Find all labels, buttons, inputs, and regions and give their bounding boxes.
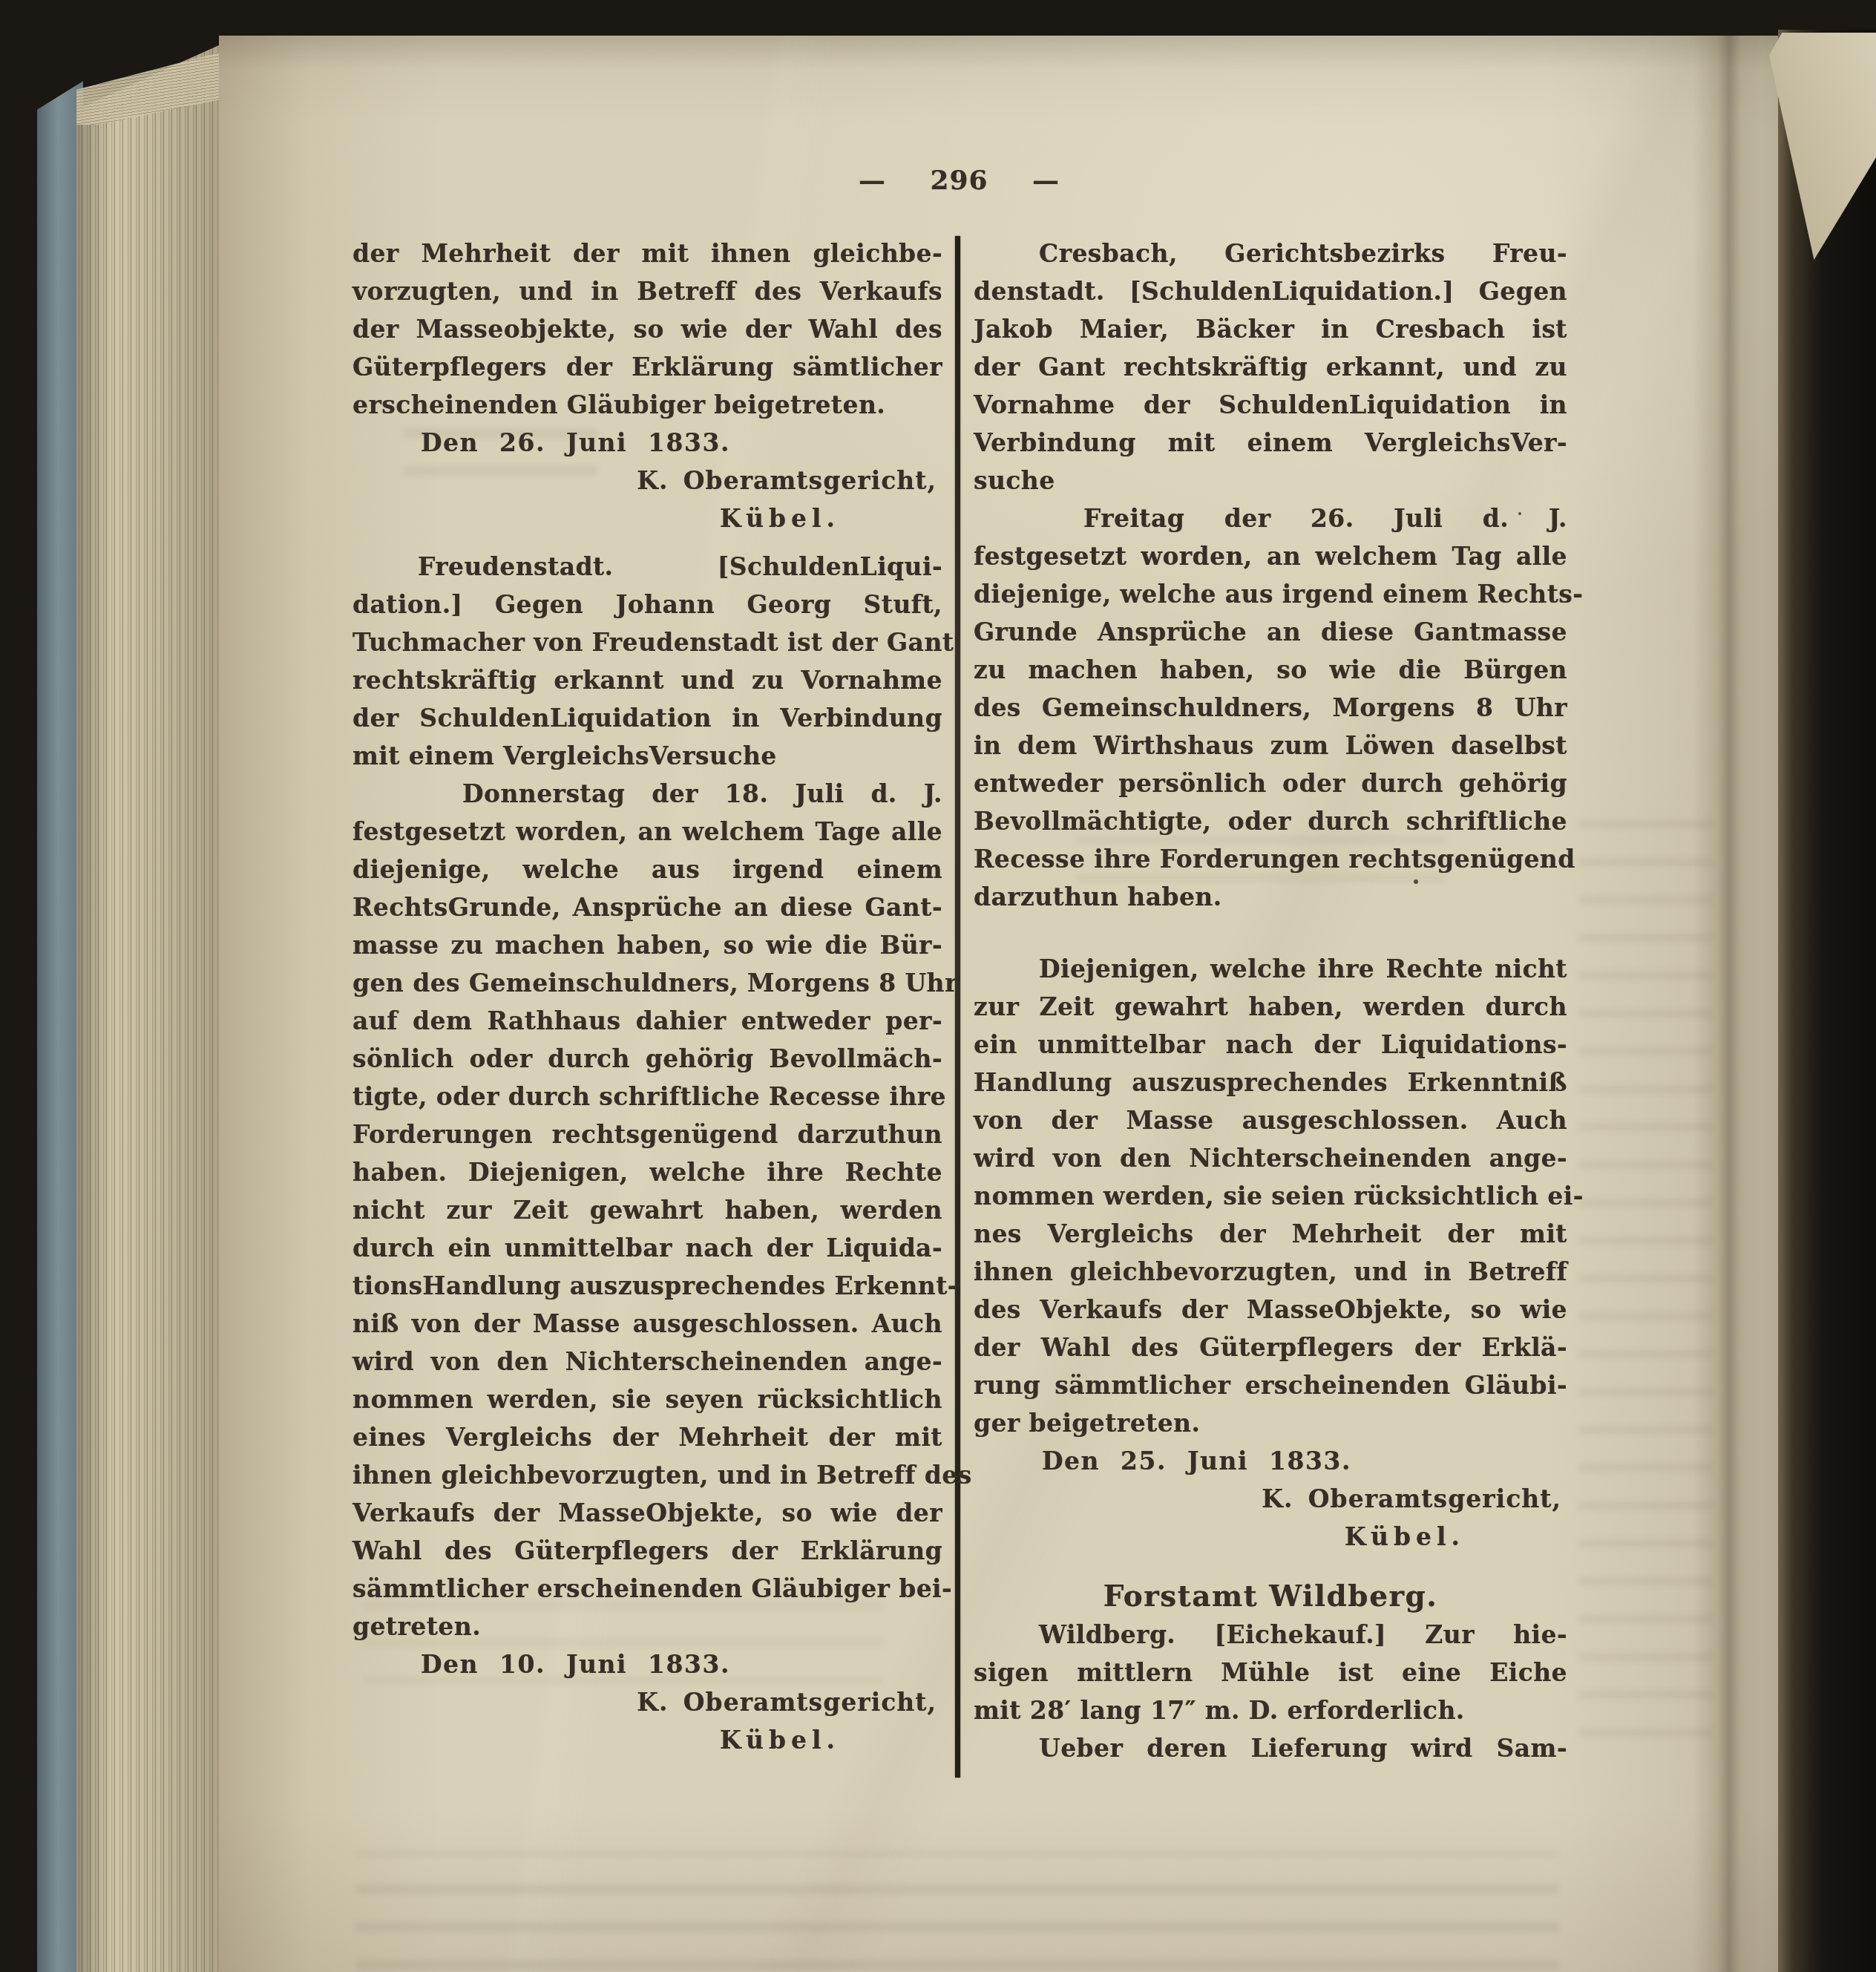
text-line: Tuchmacher von Freudenstadt ist der Gant [352,623,942,661]
text-line: ger beigetreten. [974,1404,1567,1442]
text-line: auf dem Rathhaus dahier entweder per- [352,1002,942,1040]
text-line: getreten. [352,1608,942,1645]
text-line: K. Oberamtsgericht, [974,1480,1567,1518]
text-line: tigte, oder durch schriftliche Recesse i… [352,1078,942,1116]
text-line: Bevollmächtigte, oder durch schriftliche [974,802,1567,840]
text-line: Verbindung mit einem VergleichsVer- [974,424,1567,462]
text-line: Vornahme der SchuldenLiquidation in [974,386,1567,424]
text-line: haben. Diejenigen, welche ihre Rechte [352,1153,942,1191]
text-line: Forstamt Wildberg. [974,1578,1567,1616]
text-line: ihnen gleichbevorzugten, und in Betreff … [352,1456,942,1494]
text-line: Donnerstag der 18. Juli d. J. [352,775,942,813]
text-line: sämmtlicher erscheinenden Gläubiger bei- [352,1570,942,1608]
text-line: Kübel. [974,1518,1567,1556]
text-line: Wildberg. [Eichekauf.] Zur hie- [974,1616,1567,1654]
text-line: Wahl des Güterpflegers der Erklärung [352,1532,942,1570]
text-line: der Masseobjekte, so wie der Wahl des [352,310,942,348]
text-line: sigen mittlern Mühle ist eine Eiche [974,1654,1567,1691]
text-line: zur Zeit gewahrt haben, werden durch [974,988,1567,1026]
text-line: diejenige, welche aus irgend einem Recht… [974,575,1567,613]
text-line: Ueber deren Lieferung wird Sam- [974,1729,1567,1767]
text-line: von der Masse ausgeschlossen. Auch [974,1101,1567,1139]
text-line: Handlung auszusprechendes Erkenntniß [974,1064,1567,1101]
text-line: Freitag der 26. Juli d. J. [974,499,1567,537]
text-line: festgesetzt worden, an welchem Tag alle [974,537,1567,575]
text-line: ihnen gleichbevorzugten, und in Betreff [974,1253,1567,1291]
page-stack-edge [76,40,222,1972]
text-line: der SchuldenLiquidation in Verbindung [352,699,942,737]
text-line: der Mehrheit der mit ihnen gleichbe- [352,235,942,272]
book-cover-edge [37,64,83,1972]
text-line: masse zu machen haben, so wie die Bür- [352,926,942,964]
text-line: festgesetzt worden, an welchem Tage alle [352,813,942,851]
text-line: entweder persönlich oder durch gehörig [974,764,1567,802]
text-line: Den 26. Juni 1833. [352,424,942,462]
column-divider-rule [955,236,960,1778]
text-line: eines Vergleichs der Mehrheit der mit [352,1418,942,1456]
text-line: Kübel. [352,1721,942,1759]
right-column: Cresbach, Gerichtsbezirks Freu-denstadt.… [974,235,1567,1767]
text-line: durch ein unmittelbar nach der Liquida- [352,1229,942,1267]
text-line: in dem Wirthshaus zum Löwen daselbst [974,727,1567,764]
text-line: Kübel. [352,499,942,537]
text-line: nommen werden, sie seyen rücksichtlich [352,1380,942,1418]
text-line: Verkaufs der MasseObjekte, so wie der [352,1494,942,1532]
text-line: diejenige, welche aus irgend einem [352,851,942,888]
text-line: denstadt. [SchuldenLiquidation.] Gegen [974,272,1567,310]
text-line: der Gant rechtskräftig erkannt, und zu [974,348,1567,386]
text-line: Freudenstadt. [SchuldenLiqui- [352,548,942,586]
text-line: Güterpflegers der Erklärung sämtlicher [352,348,942,386]
text-line: darzuthun haben. [974,878,1567,916]
text-line: RechtsGrunde, Ansprüche an diese Gant- [352,888,942,926]
text-line: zu machen haben, so wie die Bürgen [974,651,1567,689]
text-line: gen des Gemeinschuldners, Morgens 8 Uhr [352,964,942,1002]
text-line: ein unmittelbar nach der Liquidations- [974,1026,1567,1064]
text-line: rung sämmtlicher erscheinenden Gläubi- [974,1366,1567,1404]
text-line: Den 10. Juni 1833. [352,1645,942,1683]
page-number: — 296 — [349,165,1570,203]
page-fold-crease [1693,36,1762,1972]
text-line: nes Vergleichs der Mehrheit der mit [974,1215,1567,1253]
text-line: erscheinenden Gläubiger beigetreten. [352,386,942,424]
text-line: Cresbach, Gerichtsbezirks Freu- [974,235,1567,272]
text-line: dation.] Gegen Johann Georg Stuft, [352,586,942,623]
text-line: K. Oberamtsgericht, [352,1683,942,1721]
text-line: nicht zur Zeit gewahrt haben, werden [352,1191,942,1229]
text-line: wird von den Nichterscheinenden ange- [974,1139,1567,1177]
book-edge-shadow [1778,30,1876,1972]
text-line: nommen werden, sie seien rücksichtlich e… [974,1177,1567,1215]
text-line: tionsHandlung auszusprechendes Erkennt- [352,1267,942,1305]
text-line: Diejenigen, welche ihre Rechte nicht [974,950,1567,988]
text-line: mit einem VergleichsVersuche [352,737,942,775]
text-line: Den 25. Juni 1833. [974,1442,1567,1480]
text-line: der Wahl des Güterpflegers der Erklä- [974,1329,1567,1366]
text-line: vorzugten, und in Betreff des Verkaufs [352,272,942,310]
text-line: K. Oberamtsgericht, [352,462,942,499]
text-line: Grunde Ansprüche an diese Gantmasse [974,613,1567,651]
text-line: niß von der Masse ausgeschlossen. Auch [352,1305,942,1343]
text-line: des Gemeinschuldners, Morgens 8 Uhr [974,689,1567,727]
text-line: sönlich oder durch gehörig Bevollmäch- [352,1040,942,1078]
left-column: der Mehrheit der mit ihnen gleichbe-vorz… [352,235,942,1759]
text-line: rechtskräftig erkannt und zu Vornahme [352,661,942,699]
book-photo: — 296 — der Mehrheit der mit ihnen gleic… [0,0,1876,1972]
text-line: Forderungen rechtsgenügend darzuthun [352,1116,942,1153]
text-line: des Verkaufs der MasseObjekte, so wie [974,1291,1567,1329]
text-line: mit 28′ lang 17″ m. D. erforderlich. [974,1691,1567,1729]
text-line: Jakob Maier, Bäcker in Cresbach ist [974,310,1567,348]
text-line: Recesse ihre Forderungen rechtsgenügend [974,840,1567,878]
text-line: suche [974,462,1567,499]
text-line: wird von den Nichterscheinenden ange- [352,1343,942,1380]
